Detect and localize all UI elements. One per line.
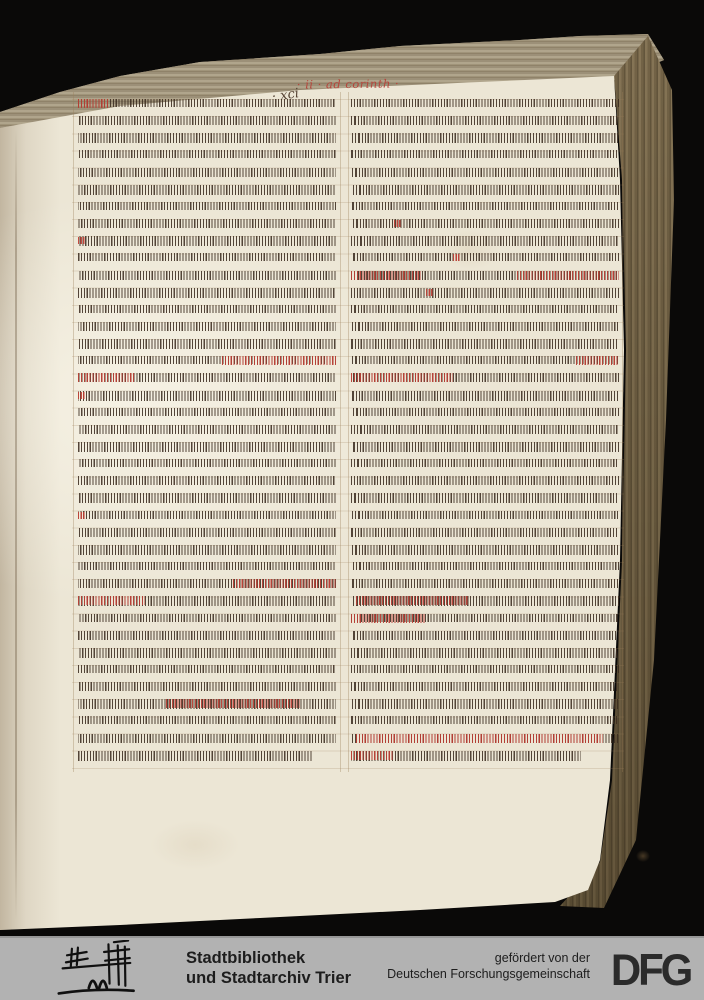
- dfg-logo: DFG: [598, 946, 703, 996]
- script-line: [78, 665, 336, 673]
- script-line: [78, 322, 336, 331]
- script-line: [351, 185, 619, 195]
- script-line: [351, 648, 619, 658]
- script-line: [351, 528, 619, 537]
- script-line: [78, 168, 336, 177]
- vertical-ruling: [73, 92, 74, 772]
- script-line: [351, 305, 619, 313]
- script-line: [351, 511, 619, 519]
- script-line: [351, 476, 619, 485]
- script-line: [351, 391, 619, 401]
- script-line: [351, 408, 619, 416]
- script-line: [78, 476, 336, 485]
- red-initial-mark: [78, 512, 86, 519]
- rubric-segment: [78, 596, 145, 605]
- script-line: [351, 322, 619, 331]
- script-line: [78, 219, 336, 228]
- script-line: [351, 631, 619, 640]
- red-initial-mark: [426, 289, 434, 296]
- rubric-segment: [356, 734, 603, 743]
- rubric-segment: [351, 373, 453, 382]
- script-line: [78, 734, 336, 743]
- script-line: [351, 579, 619, 588]
- script-line: [78, 614, 336, 622]
- script-line: [78, 493, 336, 503]
- red-initial-mark: [78, 392, 86, 399]
- script-line: [78, 682, 336, 691]
- script-line: [78, 339, 336, 349]
- text-column-left: [78, 99, 336, 771]
- script-line: [78, 185, 336, 195]
- rubric-segment: [517, 271, 619, 280]
- script-line: [351, 99, 619, 107]
- script-line: [351, 699, 619, 709]
- rubric-segment: [78, 373, 135, 382]
- script-line: [351, 253, 619, 261]
- red-initial-mark: [453, 254, 461, 261]
- script-line: [351, 682, 619, 691]
- script-line: [351, 288, 619, 298]
- manuscript-photo: · ii · ad corinth · xci Stadtbibliothek …: [0, 0, 704, 1000]
- script-line: [78, 425, 336, 434]
- porta-nigra-logo-icon: [22, 940, 172, 1000]
- rubric-segment: [78, 99, 109, 108]
- script-line: [351, 150, 619, 158]
- rubric-segment: [233, 579, 336, 588]
- script-line: [78, 236, 336, 246]
- rubric-segment: [351, 271, 421, 280]
- script-line: [78, 271, 336, 280]
- rubric-segment: [222, 356, 336, 365]
- funding-line2: Deutschen Forschungsgemeinschaft: [300, 967, 590, 983]
- script-line: [78, 133, 336, 143]
- script-line: [78, 202, 336, 210]
- script-line: [351, 459, 619, 467]
- script-line: [78, 751, 313, 761]
- vertical-ruling: [348, 92, 349, 772]
- script-line: [78, 253, 336, 261]
- red-initial-mark: [78, 237, 86, 244]
- script-line: [78, 528, 336, 537]
- rubric-segment: [576, 356, 619, 365]
- vertical-ruling: [622, 92, 623, 772]
- script-line: [351, 202, 619, 210]
- script-line: [351, 116, 619, 125]
- script-line: [78, 408, 336, 416]
- vertical-ruling: [340, 92, 341, 772]
- rubric-segment: [166, 699, 300, 708]
- script-line: [351, 442, 619, 452]
- script-line: [351, 219, 619, 228]
- script-line: [78, 648, 336, 658]
- script-line: [351, 665, 619, 673]
- script-line: [351, 168, 619, 177]
- script-line: [78, 99, 336, 107]
- script-line: [351, 545, 619, 555]
- script-line: [78, 288, 336, 298]
- script-line: [78, 116, 336, 125]
- text-column-right: [351, 99, 619, 771]
- fore-edge-fleck: [636, 850, 650, 862]
- script-line: [78, 631, 336, 640]
- rubric-segment: [351, 614, 426, 623]
- script-line: [78, 459, 336, 467]
- red-initial-mark: [394, 220, 402, 227]
- script-line: [78, 391, 336, 401]
- script-line: [78, 511, 336, 519]
- script-line: [78, 442, 336, 452]
- gutter-crease: [15, 130, 17, 920]
- script-line: [351, 425, 619, 434]
- script-line: [351, 716, 619, 724]
- script-line: [78, 305, 336, 313]
- script-line: [78, 150, 336, 158]
- funding-credit: gefördert von der Deutschen Forschungsge…: [300, 951, 590, 982]
- script-line: [78, 562, 336, 570]
- script-line: [78, 716, 336, 724]
- script-line: [351, 562, 619, 570]
- script-line: [351, 339, 619, 349]
- rubric-segment: [356, 596, 469, 605]
- script-line: [351, 236, 619, 246]
- rubric-segment: [351, 751, 394, 760]
- script-line: [351, 493, 619, 503]
- script-line: [351, 133, 619, 143]
- funding-line1: gefördert von der: [300, 951, 590, 967]
- running-title: · ii · ad corinth ·: [288, 76, 408, 91]
- script-line: [78, 545, 336, 555]
